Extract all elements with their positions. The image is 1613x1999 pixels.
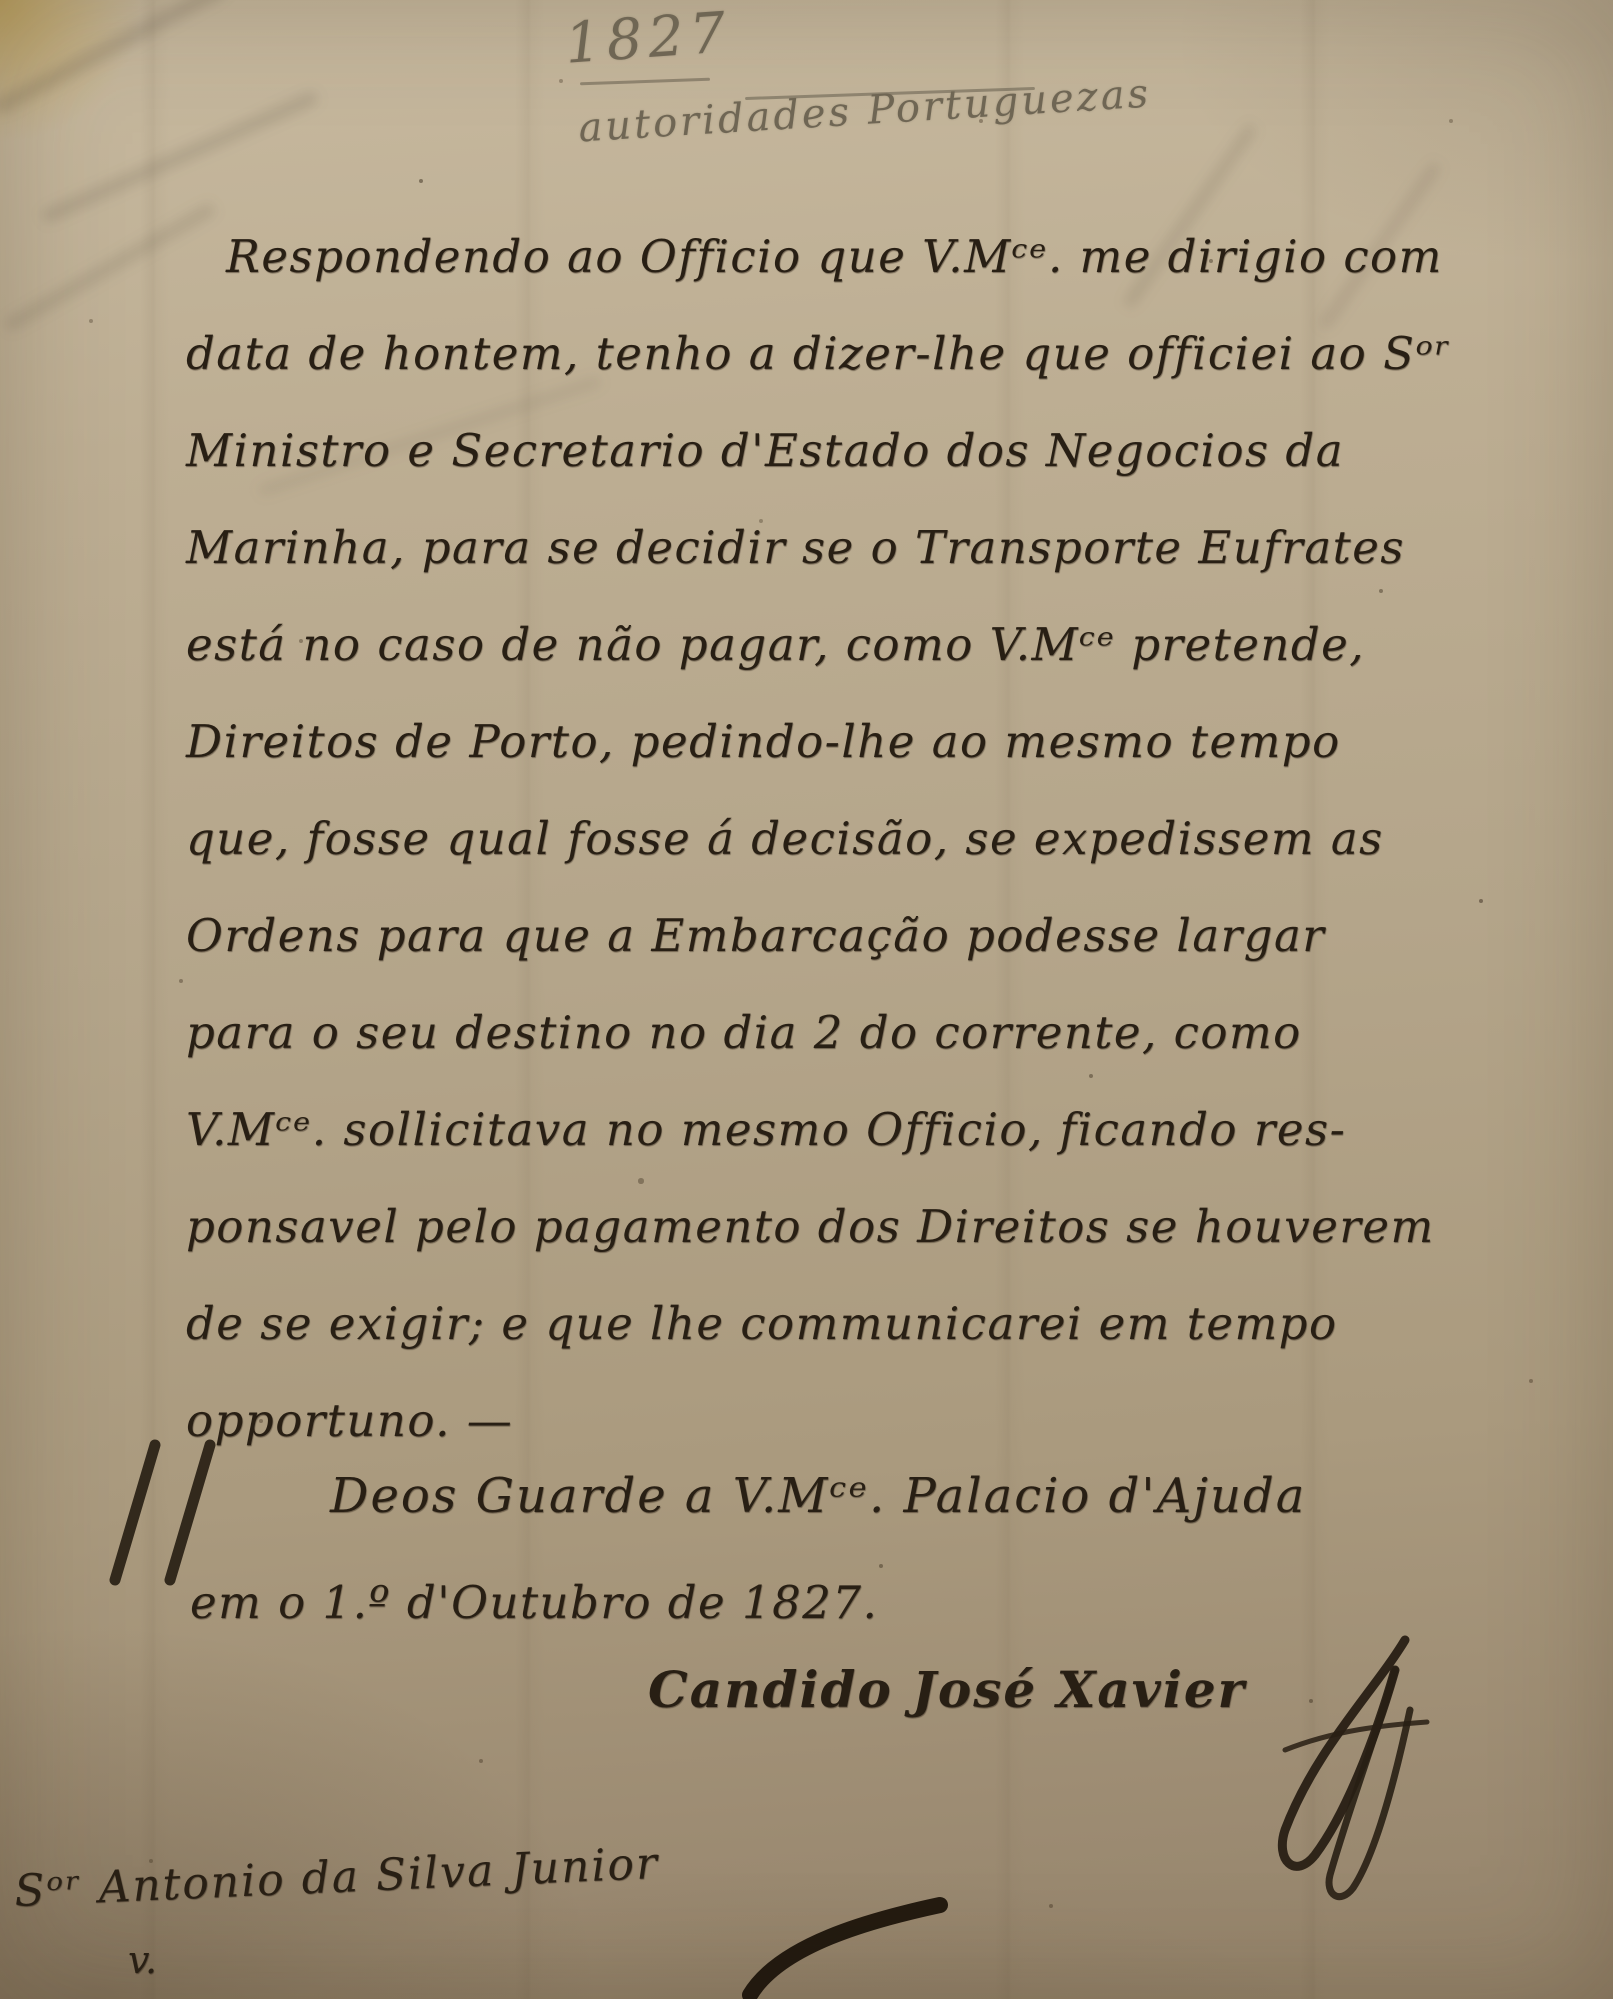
addressee-flourish (690, 1900, 950, 1999)
manuscript-line: Direitos de Porto, pedindo-lhe ao mesmo … (186, 693, 1451, 790)
pencil-year-annotation: 1827 (563, 0, 734, 76)
manuscript-line: Ministro e Secretario d'Estado dos Negoc… (186, 402, 1451, 499)
footer-mark: v. (128, 1938, 157, 1982)
manuscript-line: data de hontem, tenho a dizer-lhe que of… (186, 305, 1451, 402)
manuscript-line: Ordens para que a Embarcação podesse lar… (186, 887, 1451, 984)
letter-body: Respondendo ao Officio que V.Mᶜᵉ. me dir… (186, 208, 1451, 1469)
manuscript-line: está no caso de não pagar, como V.Mᶜᵉ pr… (186, 596, 1451, 693)
manuscript-line: ponsavel pelo pagamento dos Direitos se … (186, 1178, 1451, 1275)
manuscript-line: opportuno. — (186, 1372, 1451, 1469)
manuscript-page: 1827 autoridades Portuguezas Respondendo… (0, 0, 1613, 1999)
closing-salute: Deos Guarde a V.Mᶜᵉ. Palacio d'Ajuda (330, 1468, 1306, 1524)
paper-speckles (0, 0, 2, 2)
signature-rubric-flourish (1255, 1630, 1435, 1920)
addressee-line: Sᵒʳ Antonio da Silva Junior (13, 1838, 660, 1917)
manuscript-line: V.Mᶜᵉ. sollicitava no mesmo Officio, fic… (186, 1081, 1451, 1178)
paper-fold (140, 0, 170, 1999)
manuscript-line: de se exigir; e que lhe communicarei em … (186, 1275, 1451, 1372)
pencil-note-annotation: autoridades Portuguezas (577, 71, 1152, 152)
ink-bleedthrough (40, 90, 320, 225)
date-line: em o 1.º d'Outubro de 1827. (190, 1576, 878, 1629)
manuscript-line: que, fosse qual fosse á decisão, se expe… (186, 790, 1451, 887)
paragraph-flourish-marks (100, 1440, 240, 1590)
pencil-underline (580, 78, 710, 86)
manuscript-line: para o seu destino no dia 2 do corrente,… (186, 984, 1451, 1081)
ink-bleedthrough (0, 0, 229, 116)
signature-name: Candido José Xavier (648, 1660, 1246, 1719)
manuscript-line: Marinha, para se decidir se o Transporte… (186, 499, 1451, 596)
manuscript-line: Respondendo ao Officio que V.Mᶜᵉ. me dir… (186, 208, 1451, 305)
